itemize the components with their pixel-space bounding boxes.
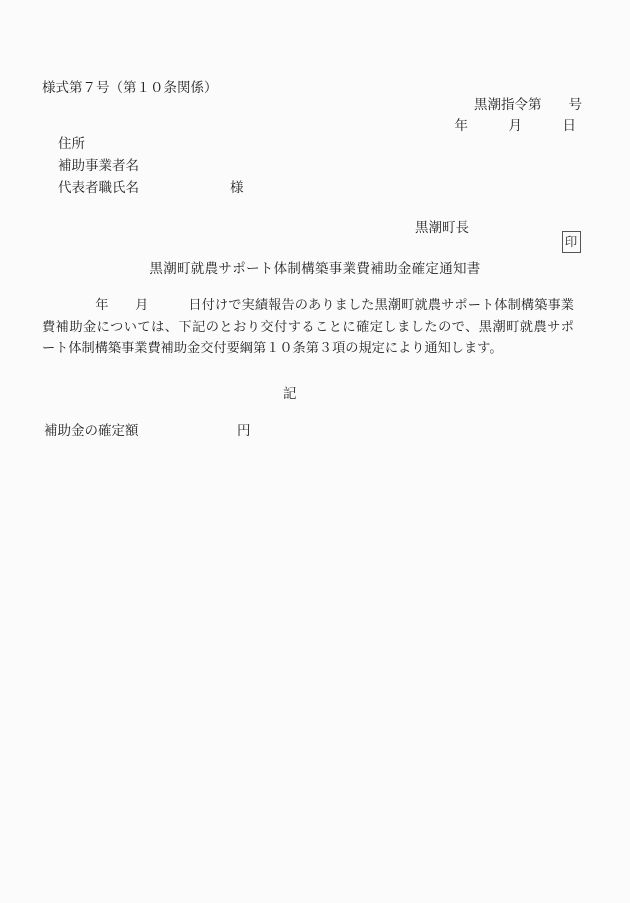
body-line-1: 年 月 日付けで実績報告のありました黒潮町就農サポート体制構築事業 <box>42 294 574 316</box>
mayor-signature-label: 黒潮町長 <box>415 220 469 235</box>
note-marker: 記 <box>283 386 297 401</box>
recipient-address-label: 住所 <box>58 136 85 151</box>
amount-unit: 円 <box>237 423 251 438</box>
body-line-3: ート体制構築事業費補助金交付要綱第１０条第３項の規定により通知します。 <box>42 337 574 359</box>
seal-box: 印 <box>562 231 581 253</box>
recipient-business-name-label: 補助事業者名 <box>58 158 139 173</box>
recipient-honorific: 様 <box>230 180 244 195</box>
body-line-2: 費補助金については、下記のとおり交付することに確定しましたので、黒潮町就農サポ <box>42 316 574 338</box>
form-number: 様式第７号（第１０条関係） <box>42 80 218 95</box>
issue-date-line: 年 月 日 <box>455 118 577 133</box>
body-paragraph: 年 月 日付けで実績報告のありました黒潮町就農サポート体制構築事業 費補助金につ… <box>42 294 574 359</box>
document-page: 様式第７号（第１０条関係） 黒潮指令第 号 年 月 日 住所 補助事業者名 代表… <box>0 0 630 903</box>
directive-number-line: 黒潮指令第 号 <box>474 97 582 112</box>
document-title: 黒潮町就農サポート体制構築事業費補助金確定通知書 <box>0 261 630 276</box>
amount-label: 補助金の確定額 <box>44 423 139 438</box>
recipient-representative-label: 代表者職氏名 <box>58 180 139 195</box>
